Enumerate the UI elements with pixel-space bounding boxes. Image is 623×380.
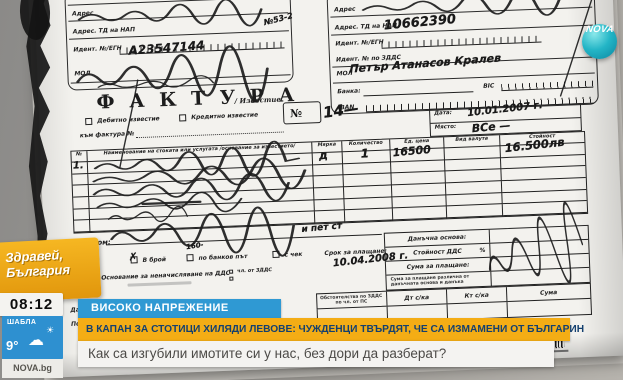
handwritten-small-amount: 160- [186, 241, 204, 251]
weather-widget: ШАБЛА 9° ☁ ☀ [2, 316, 63, 359]
bic-label: BIC [483, 82, 494, 89]
vat-article-checkbox [229, 277, 233, 281]
number-sign: № [290, 107, 302, 120]
cell [507, 299, 591, 317]
pay-cash-label: В брой [142, 256, 166, 264]
subheadline-bar: Как са изгубили имотите си у нас, без до… [78, 341, 554, 367]
field-label: Адрес. ТД на НАП [73, 26, 136, 35]
date-label: Дата: [434, 110, 452, 117]
credit-note-checkbox [179, 114, 186, 121]
pay-bank-checkbox [186, 254, 193, 261]
cell [447, 204, 503, 218]
dt-cell: Дт с/ка [387, 289, 447, 305]
field-label: Адрес [334, 6, 356, 14]
debit-note-checkbox [85, 118, 92, 125]
cell [448, 302, 509, 319]
handwriting-stroke [112, 78, 155, 169]
bank-line [363, 91, 473, 96]
website-label: NOVA.bg [2, 359, 63, 378]
place-label: Място: [435, 124, 457, 131]
kicker-bar: ВИСОКО НАПРЕЖЕНИЕ [78, 299, 281, 318]
weather-temperature: 9° [6, 338, 18, 353]
cell [72, 174, 88, 186]
cell [393, 207, 447, 221]
cell [73, 185, 89, 197]
handwritten-invoice-number: 14— [322, 99, 360, 122]
nova-channel-logo: NOVA [582, 24, 617, 59]
circumstances-label: Обстоятелства по ЗДДС по чл. от ПС [319, 294, 383, 306]
kt-cell: Кт с/ка [447, 287, 507, 303]
field-label: Идент. №/ЕГН [335, 39, 384, 48]
handwritten-measure: д [318, 149, 328, 163]
field-label: Идент. №/ЕГН [73, 45, 122, 54]
handwritten-row-number: 1. [73, 160, 84, 171]
invoice-number-box: № [283, 101, 322, 124]
headline-bar: В КАПАН ЗА СТОТИЦИ ХИЛЯДИ ЛЕВОВЕ: ЧУЖДЕН… [78, 318, 570, 341]
to-invoice-line [136, 132, 284, 139]
cloud-icon: ☁ [28, 330, 44, 349]
sum-diff-note: Сума за плащане различна от данъчната ос… [390, 274, 487, 288]
sun-icon: ☀ [46, 326, 54, 336]
cell [503, 201, 587, 216]
pay-bank-label: по банков път [198, 253, 247, 262]
comb-field [381, 36, 541, 49]
cell [74, 220, 90, 232]
cell [345, 209, 393, 223]
cell [73, 197, 89, 209]
tv-frame: Адрес Адрес. ТД на НАП Идент. №/ЕГН МОЛ … [0, 0, 623, 380]
logo-text: NOVA [585, 24, 614, 35]
vat-article-checkbox [229, 270, 233, 274]
fine-print-blur [127, 281, 191, 286]
vat-exempt-label: Основание за неначисляване на ДДС [101, 270, 230, 282]
clock: 08:12 [0, 293, 63, 316]
weather-city: ШАБЛА [7, 319, 36, 326]
bank-label: Банка: [337, 88, 361, 96]
circumstances-cell: Обстоятелства по ЗДДС по чл. от ПС [317, 292, 387, 309]
handwritten-quantity: 1 [360, 146, 369, 160]
vat-article-label: чл. от ЗДДС [237, 267, 272, 274]
cell [74, 209, 90, 221]
handwritten-check-mark: ✗ [128, 250, 138, 263]
credit-note-label: Кредитно известие [191, 111, 258, 121]
